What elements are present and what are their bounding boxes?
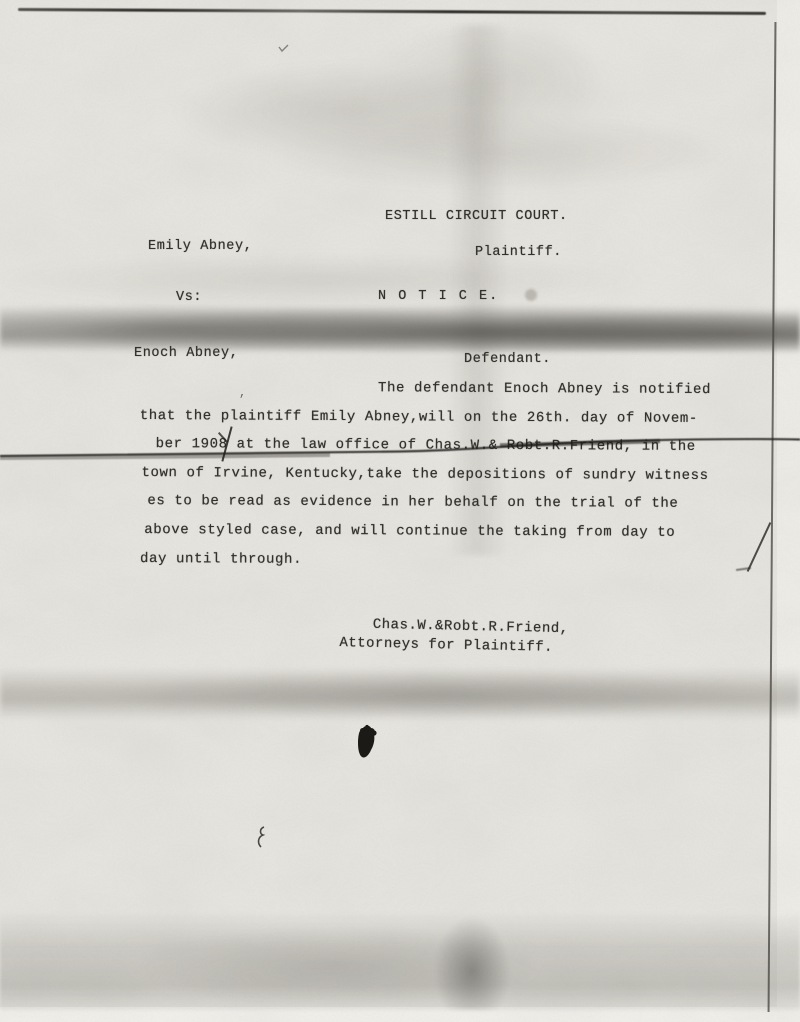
versus-label: Vs: xyxy=(176,290,202,305)
signature-block: Chas.W.&Robt.R.Friend, Attorneys for Pla… xyxy=(339,616,569,658)
check-mark xyxy=(278,44,289,53)
plaintiff-name: Emily Abney, xyxy=(148,239,252,254)
court-header: ESTILL CIRCUIT COURT. xyxy=(385,209,568,224)
scanned-document-page: ESTILL CIRCUIT COURT. Emily Abney, Plain… xyxy=(0,0,800,1022)
dark-smear-band xyxy=(0,306,800,352)
body-line: day until through. xyxy=(140,551,710,583)
defendant-label: Defendant. xyxy=(464,352,551,367)
pen-slash-mark xyxy=(747,522,772,572)
gray-smear-band xyxy=(0,668,800,720)
bottom-noise-band xyxy=(0,912,800,1010)
pen-squiggle-mark xyxy=(256,826,268,850)
notice-title: N O T I C E. xyxy=(378,289,499,304)
body-line: town of Irvine, Kentucky,take the deposi… xyxy=(141,465,710,497)
gray-spot xyxy=(525,289,537,301)
body-line: The defendant Enoch Abney is notified xyxy=(378,380,711,410)
body-line: above styled case, and will continue the… xyxy=(144,522,710,554)
ink-blot xyxy=(352,724,380,764)
stray-comma-mark: , xyxy=(239,386,246,400)
scan-smudge-top xyxy=(0,30,800,320)
notice-body: The defendant Enoch Abney is notified th… xyxy=(139,379,711,582)
defendant-name: Enoch Abney, xyxy=(134,346,238,361)
fold-crease-line xyxy=(0,428,800,468)
scan-top-edge-line xyxy=(18,8,766,15)
signature-title: Attorneys for Plaintiff. xyxy=(339,634,568,658)
body-line: es to be read as evidence in her behalf … xyxy=(147,493,710,525)
plaintiff-label: Plaintiff. xyxy=(475,245,562,260)
